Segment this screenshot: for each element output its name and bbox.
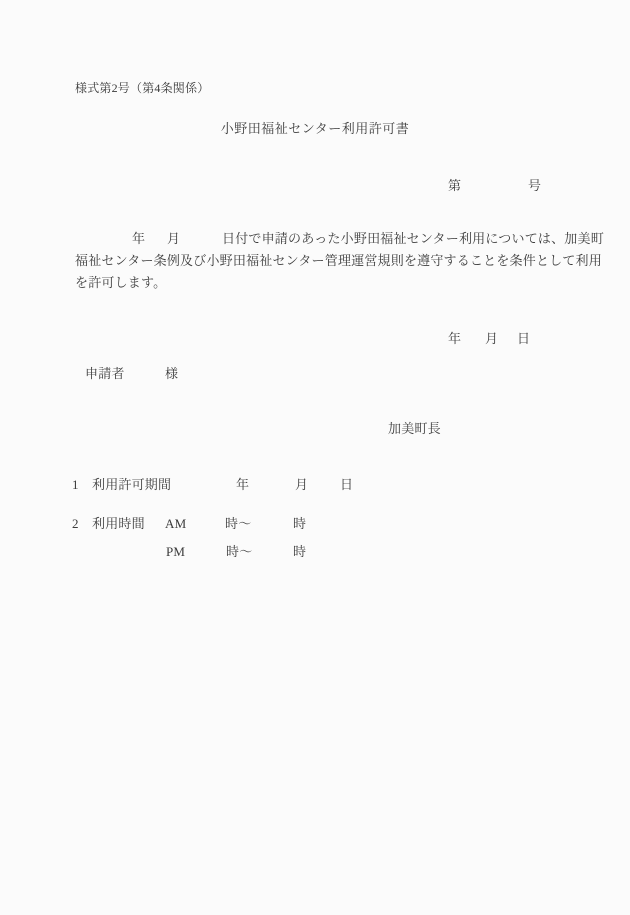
item1-month-label: 月 bbox=[295, 478, 308, 491]
body-line2-text: 福祉センター条例及び小野田福祉センター管理運営規則を遵守することを条件として利用 bbox=[75, 254, 602, 267]
item1-number: 1 bbox=[72, 478, 79, 491]
item2-am-to-label: 時 bbox=[293, 517, 306, 530]
item2-pm-from-label: 時～ bbox=[226, 545, 252, 558]
applicant-label: 申請者 bbox=[85, 367, 125, 380]
item2-pm-to-label: 時 bbox=[293, 545, 306, 558]
item2-am-label: AM bbox=[165, 517, 186, 530]
permit-document-page: 様式第2号（第4条関係） 小野田福祉センター利用許可書 第 号 年 月 日付で申… bbox=[0, 0, 630, 915]
issue-date-month-label: 月 bbox=[485, 332, 498, 345]
body-line3-text: を許可します。 bbox=[75, 276, 166, 289]
doc-number-suffix: 号 bbox=[528, 179, 541, 192]
item1-label: 利用許可期間 bbox=[92, 478, 171, 491]
item2-label: 利用時間 bbox=[92, 517, 145, 530]
body-line1-text: 日付で申請のあった小野田福祉センター利用については、加美町 bbox=[222, 232, 604, 245]
item2-am-from-label: 時～ bbox=[225, 517, 251, 530]
item2-pm-label: PM bbox=[166, 545, 185, 558]
form-designation-label: 様式第2号（第4条関係） bbox=[75, 82, 209, 94]
applicant-honorific: 様 bbox=[165, 367, 178, 380]
item2-number: 2 bbox=[72, 517, 79, 530]
issuer-title: 加美町長 bbox=[388, 422, 441, 435]
document-title: 小野田福祉センター利用許可書 bbox=[0, 122, 630, 135]
body-line1-month-label: 月 bbox=[167, 232, 180, 245]
doc-number-prefix: 第 bbox=[448, 179, 461, 192]
issue-date-year-label: 年 bbox=[448, 332, 461, 345]
item1-year-label: 年 bbox=[236, 478, 249, 491]
item1-day-label: 日 bbox=[340, 478, 353, 491]
body-line1-year-label: 年 bbox=[132, 232, 145, 245]
issue-date-day-label: 日 bbox=[517, 332, 530, 345]
